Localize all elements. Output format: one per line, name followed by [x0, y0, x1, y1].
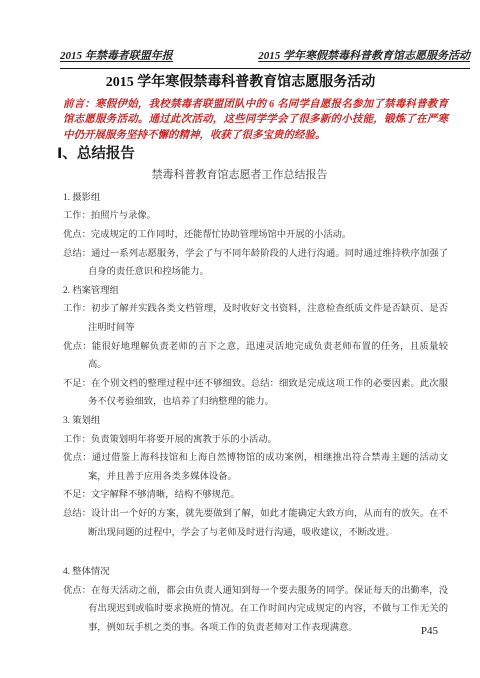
paragraph: 工作：拍照片与录像。: [63, 207, 448, 226]
paragraph: 4. 整体情况: [63, 563, 448, 582]
section-heading: Ⅰ、总结报告: [57, 145, 448, 163]
paragraph: 不足：在个别文档的整理过程中还不够细致。总结：细致是完成这项工作的必要因素。此次…: [63, 375, 448, 412]
paragraph: 总结：通过一系列志愿服务，学会了与不同年龄阶段的人进行沟通。同时通过维持秩序加强…: [63, 245, 448, 282]
paragraph: 优点：在每天活动之前，都会由负责人通知到每一个要去服务的同学。保证每天的出勤率，…: [63, 582, 448, 638]
header-left-text: 2015 年禁毒者联盟年报: [60, 50, 173, 63]
report-subtitle: 禁毒科普教育馆志愿者工作总结报告: [47, 169, 432, 182]
preface-text: 前言：寒假伊始，我校禁毒者联盟团队中的 6 名同学自愿报名参加了禁毒科普教育馆志…: [63, 97, 448, 143]
paragraph: 优点：能很好地理解负责老师的言下之意，迅速灵活地完成负责老师布置的任务，且质量较…: [63, 338, 448, 375]
page-header: 2015 年禁毒者联盟年报 2015 学年寒假禁毒科普教育馆志愿服务活动: [60, 50, 470, 69]
page-number: P45: [421, 624, 438, 638]
paragraph: 工作：负责策划明年将要开展的寓教于乐的小活动。: [63, 431, 448, 450]
paragraph: 2. 档案管理组: [63, 282, 448, 301]
doc-title: 2015 学年寒假禁毒科普教育馆志愿服务活动: [48, 73, 433, 92]
document-page: 2015 年禁毒者联盟年报 2015 学年寒假禁毒科普教育馆志愿服务活动 201…: [0, 0, 480, 678]
doc-body: 1. 摄影组工作：拍照片与录像。优点：完成规定的工作同时，还能帮忙协助管理场馆中…: [63, 189, 448, 638]
paragraph: 总结：设计出一个好的方案，就先要做到了解，如此才能确定大致方向，从而有的放矢。在…: [63, 505, 448, 542]
paragraph: 优点：通过借鉴上海科技馆和上海自然博物馆的成功案例，相继推出符合禁毒主题的活动文…: [63, 449, 448, 486]
paragraph-spacer: [63, 542, 448, 563]
paragraph: 不足：文字解释不够清晰，结构不够规范。: [63, 486, 448, 505]
paragraph: 3. 策划组: [63, 412, 448, 431]
paragraph: 优点：完成规定的工作同时，还能帮忙协助管理场馆中开展的小活动。: [63, 226, 448, 245]
paragraph: 1. 摄影组: [63, 189, 448, 208]
header-right-text: 2015 学年寒假禁毒科普教育馆志愿服务活动: [258, 50, 470, 63]
paragraph: 工作：初步了解并实践各类文档管理，及时收好文书资料，注意检查纸质文件是否缺页、是…: [63, 300, 448, 337]
